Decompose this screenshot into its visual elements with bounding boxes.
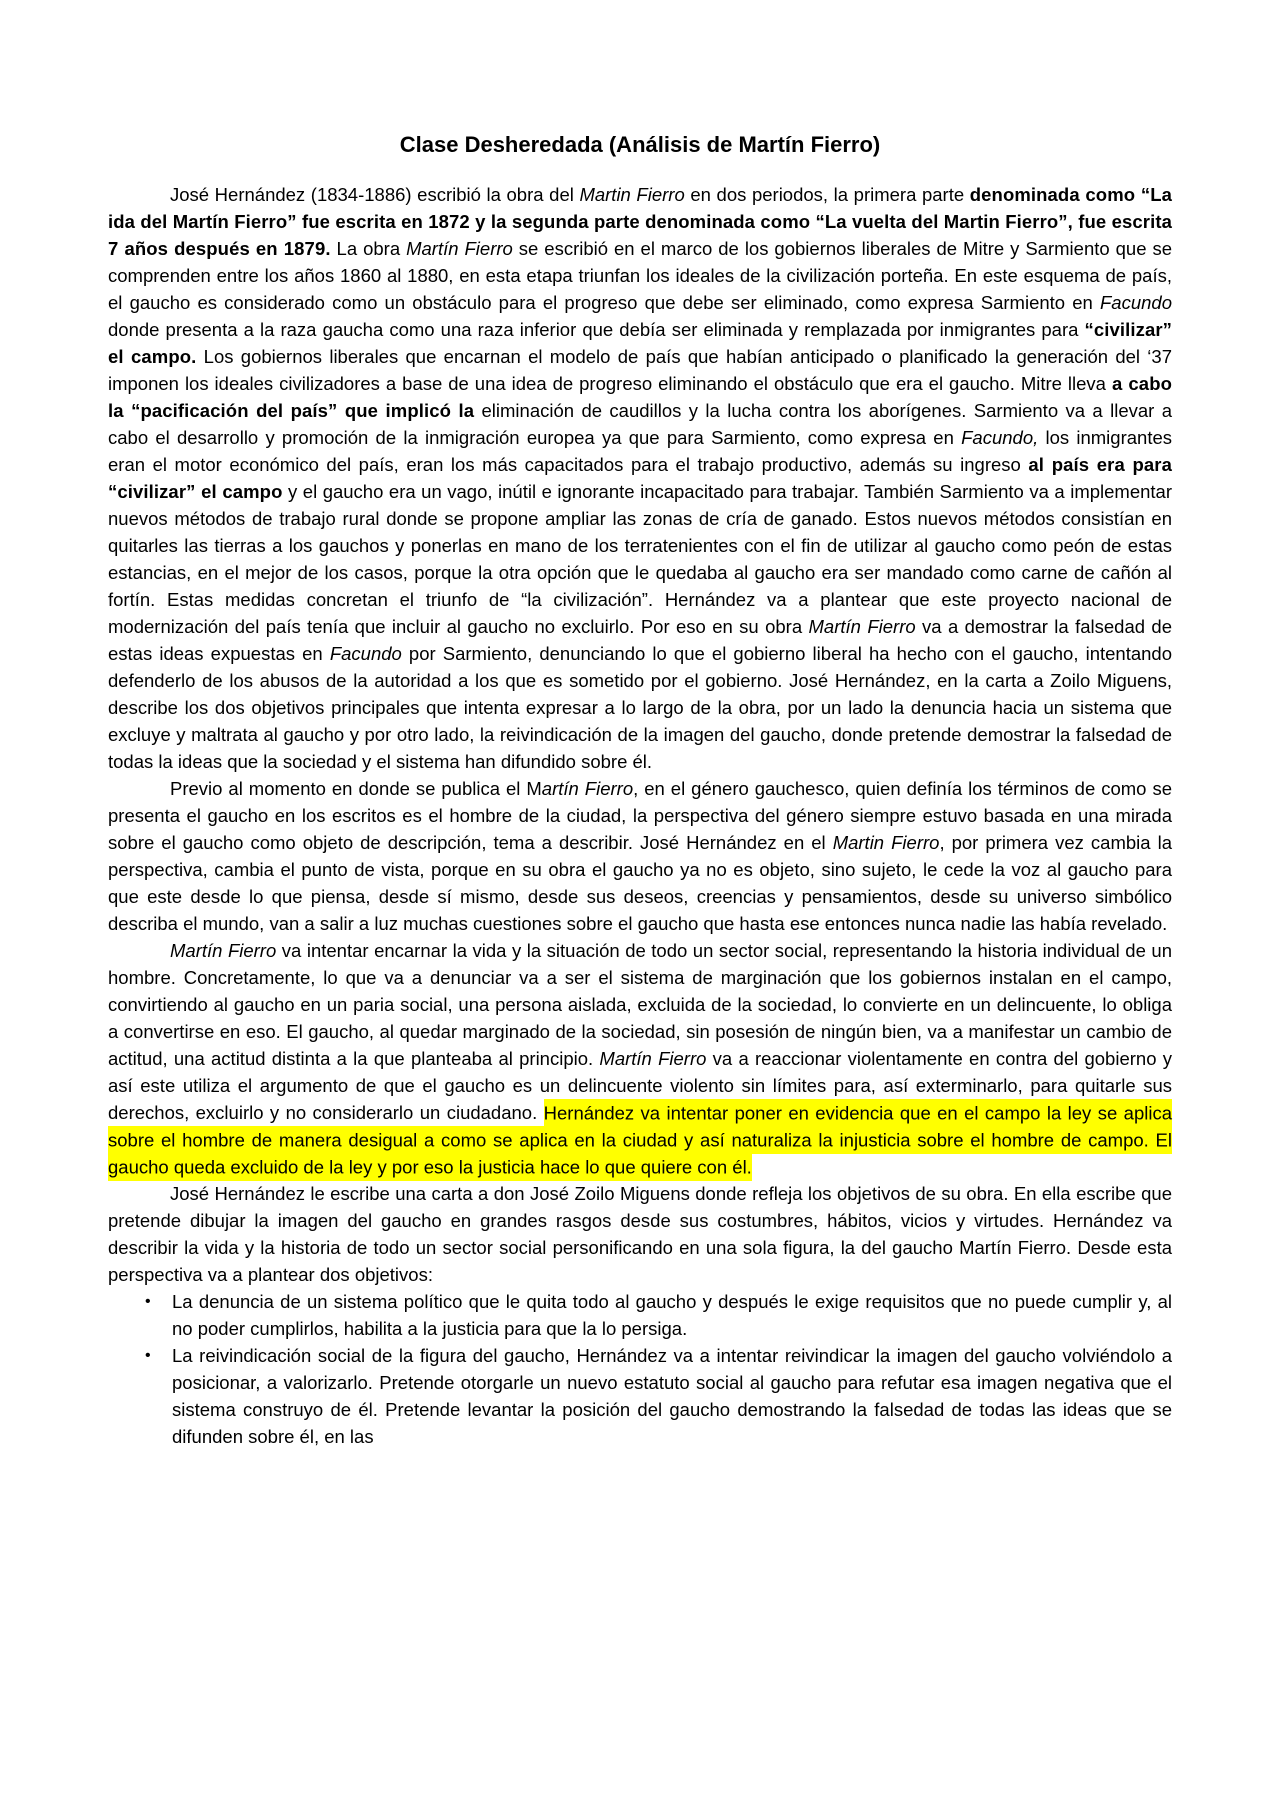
text-run: donde presenta a la raza gaucha como una…: [108, 319, 1085, 340]
text-run: Martin Fierro: [833, 832, 940, 853]
text-run: Facundo,: [961, 427, 1038, 448]
text-run: Facundo: [330, 643, 402, 664]
text-run: Martín Fierro: [599, 1048, 706, 1069]
bullet-marker-icon: •: [145, 1342, 151, 1369]
text-run: Martín Fierro: [809, 616, 916, 637]
bullet-marker-icon: •: [145, 1288, 151, 1315]
paragraph-2: Previo al momento en donde se publica el…: [108, 775, 1172, 937]
paragraph-1: José Hernández (1834-1886) escribió la o…: [108, 181, 1172, 775]
paragraph-4: José Hernández le escribe una carta a do…: [108, 1180, 1172, 1288]
text-run: en dos periodos, la primera parte: [685, 184, 970, 205]
text-run: Facundo: [1100, 292, 1172, 313]
text-run: La denuncia de un sistema político que l…: [172, 1291, 1172, 1339]
text-run: José Hernández le escribe una carta a do…: [108, 1183, 1172, 1285]
document-page: Clase Desheredada (Análisis de Martín Fi…: [0, 0, 1280, 1811]
text-run: Los gobiernos liberales que encarnan el …: [108, 346, 1172, 394]
text-run: Martín Fierro: [170, 940, 276, 961]
bullet-item-6: •La reivindicación social de la figura d…: [108, 1342, 1172, 1450]
text-run: Martín Fierro: [406, 238, 513, 259]
text-run: artín Fierro: [542, 778, 633, 799]
text-run: Martin Fierro: [579, 184, 684, 205]
document-title: Clase Desheredada (Análisis de Martín Fi…: [108, 131, 1172, 158]
text-run: Previo al momento en donde se publica el…: [170, 778, 542, 799]
text-run: La reivindicación social de la figura de…: [172, 1345, 1172, 1447]
text-run: y el gaucho era un vago, inútil e ignora…: [108, 481, 1172, 637]
text-run: La obra: [331, 238, 407, 259]
bullet-item-5: •La denuncia de un sistema político que …: [108, 1288, 1172, 1342]
text-run: José Hernández (1834-1886) escribió la o…: [170, 184, 579, 205]
paragraph-3: Martín Fierro va intentar encarnar la vi…: [108, 937, 1172, 1180]
document-body: José Hernández (1834-1886) escribió la o…: [108, 181, 1172, 1450]
